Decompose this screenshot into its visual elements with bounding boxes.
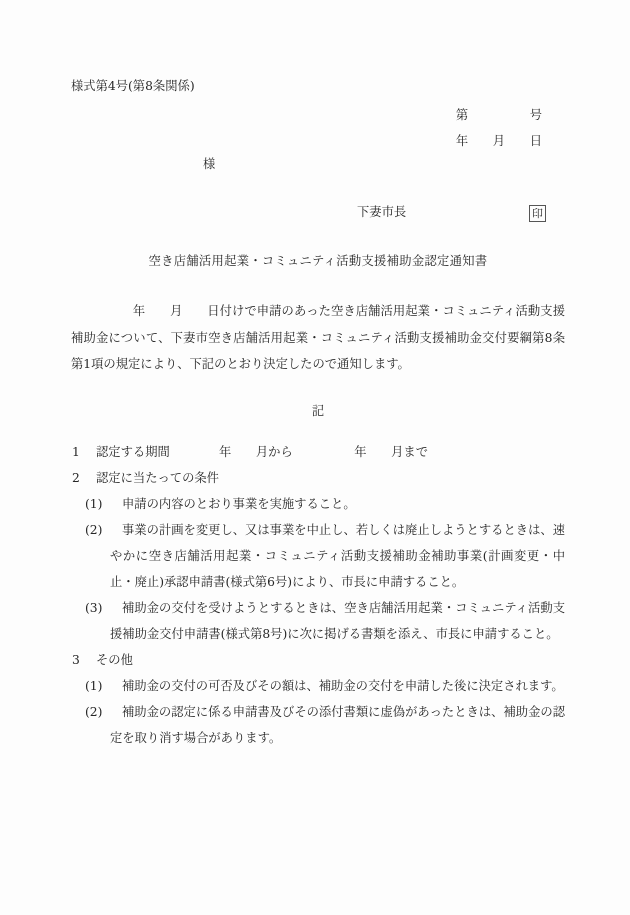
clause-conditions-2: (2)事業の計画を変更し、又は事業を中止し、若しくは廃止しようとするときは、速や… xyxy=(85,517,565,595)
section-number: 3 xyxy=(72,647,80,673)
section-certification-period: 1 認定する期間 年 月から 年 月まで xyxy=(71,439,565,465)
addressee-line: 様 xyxy=(71,151,565,177)
document-title: 空き店舗活用起業・コミュニティ活動支援補助金認定通知書 xyxy=(71,248,565,274)
sender-name: 下妻市長 xyxy=(357,205,406,219)
clause-other-2: (2)補助金の認定に係る申請書及びその添付書類に虚偽があったときは、補助金の認定… xyxy=(85,699,565,751)
clause-number: (2) xyxy=(85,517,102,543)
clause-number: (3) xyxy=(85,595,102,621)
clause-other-1: (1)補助金の交付の可否及びその額は、補助金の交付を申請した後に決定されます。 xyxy=(85,673,565,699)
section-number: 2 xyxy=(72,465,80,491)
clause-conditions-1: (1)申請の内容のとおり事業を実施すること。 xyxy=(85,491,565,517)
opening-paragraph: 年 月 日付けで申請のあった空き店舗活用起業・コミュニティ活動支援補助金について… xyxy=(71,298,565,378)
clause-text: 申請の内容のとおり事業を実施すること。 xyxy=(122,497,356,511)
clause-number: (1) xyxy=(85,673,102,699)
clause-text: 補助金の交付を受けようとするときは、空き店舗活用起業・コミュニティ活動支援補助金… xyxy=(110,601,565,641)
clause-text: 事業の計画を変更し、又は事業を中止し、若しくは廃止しようとするときは、速やかに空… xyxy=(110,523,565,589)
clause-text: 補助金の交付の可否及びその額は、補助金の交付を申請した後に決定されます。 xyxy=(122,679,564,693)
section-conditions: 2 認定に当たっての条件 xyxy=(71,465,565,491)
section-number: 1 xyxy=(72,439,80,465)
section-heading: その他 xyxy=(96,647,565,673)
sections-list: 1 認定する期間 年 月から 年 月まで 2 認定に当たっての条件 (1)申請の… xyxy=(71,439,565,751)
section-heading: 認定に当たっての条件 xyxy=(96,465,565,491)
document-page: 様式第4号(第8条関係) 第 号 年 月 日 様 下妻市長 印 空き店舗活用起業… xyxy=(0,0,630,915)
clause-text: 補助金の認定に係る申請書及びその添付書類に虚偽があったときは、補助金の認定を取り… xyxy=(110,705,565,745)
clause-conditions-3: (3)補助金の交付を受けようとするときは、空き店舗活用起業・コミュニティ活動支援… xyxy=(85,595,565,647)
form-number: 様式第4号(第8条関係) xyxy=(71,73,565,99)
sender-line: 下妻市長 印 xyxy=(71,199,565,225)
section-other: 3 その他 xyxy=(71,647,565,673)
record-heading: 記 xyxy=(71,398,565,424)
clause-number: (2) xyxy=(85,699,102,725)
ref-number-line: 第 号 xyxy=(71,102,565,128)
seal-stamp: 印 xyxy=(529,205,546,222)
document-content: 様式第4号(第8条関係) 第 号 年 月 日 様 下妻市長 印 空き店舗活用起業… xyxy=(71,73,565,751)
section-heading: 認定する期間 年 月から 年 月まで xyxy=(96,439,565,465)
clause-number: (1) xyxy=(85,491,102,517)
